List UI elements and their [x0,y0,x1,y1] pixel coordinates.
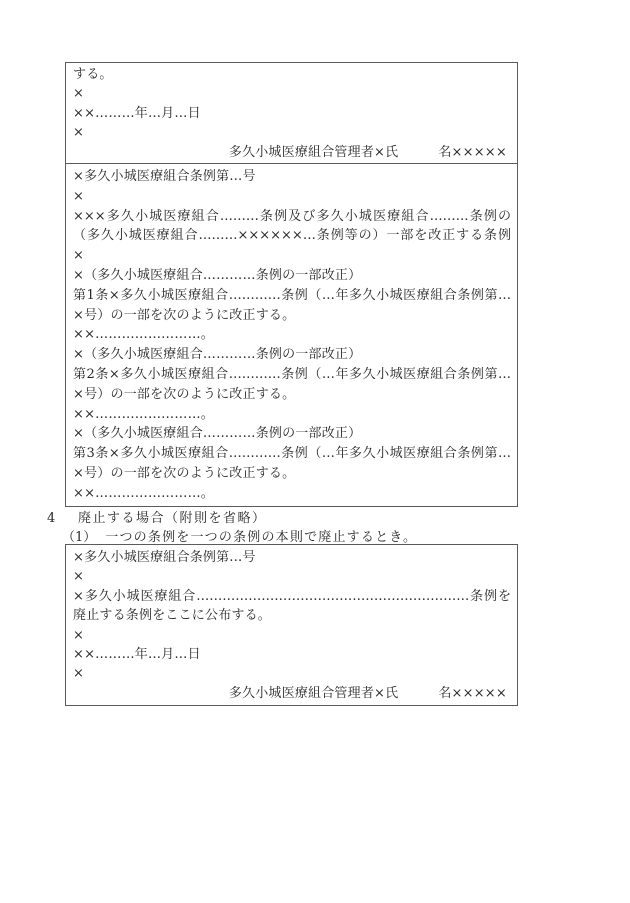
signatory-name: 名××××× [438,684,507,703]
example-box-repeal: ×多久小城医療組合条例第…号 × ×多久小城医療組合……………………………………… [65,544,518,706]
article-body-line: ××……………………。 [73,325,511,345]
repeal-title-line: ×多久小城医療組合………………………………………………………条例を [73,587,511,606]
text-line: × [73,123,511,142]
document-page: する。 × ××………年…月…日 × 多久小城医療組合管理者×氏 名××××× … [0,0,630,903]
article-body-line: ××……………………。 [73,405,511,425]
article-caption: ×（多久小城医療組合…………条例の一部改正） [73,345,511,365]
ordinance-number-line: ×多久小城医療組合条例第…号 [73,167,511,187]
article-body-line: ××……………………。 [73,484,511,504]
ordinance-number-line: ×多久小城医療組合条例第…号 [73,548,511,567]
article-body-line: 第3条×多久小城医療組合…………条例（…年多久小城医療組合条例第… [73,444,511,464]
date-line: ××………年…月…日 [73,104,511,123]
article-body-line: ×号）の一部を次のように改正する。 [73,306,511,326]
section-number: 4 [47,508,78,529]
text-line: × [73,84,511,103]
section-heading: 4 廃止する場合（附則を省略） [47,508,267,529]
promulgation-section: する。 × ××………年…月…日 × 多久小城医療組合管理者×氏 名××××× [66,63,517,164]
article-caption: ×（多久小城医療組合…………条例の一部改正） [73,424,511,444]
repeal-body-line: 廃止する条例をここに公布する。 [73,606,511,625]
article-body-line: 第1条×多久小城医療組合…………条例（…年多久小城医療組合条例第… [73,286,511,306]
repeal-section: ×多久小城医療組合条例第…号 × ×多久小城医療組合……………………………………… [66,545,517,705]
signatory-title: 多久小城医療組合管理者×氏 [229,143,399,162]
article-body-line: 第2条×多久小城医療組合…………条例（…年多久小城医療組合条例第… [73,365,511,385]
article-body-line: ×号）の一部を次のように改正する。 [73,464,511,484]
signature-line: 多久小城医療組合管理者×氏 名××××× [73,684,511,703]
ordinance-body-section: ×多久小城医療組合条例第…号 × ×××多久小城医療組合………条例及び多久小城医… [66,164,517,506]
blank-marker-line: × [73,567,511,586]
article-body-line: ×号）の一部を次のように改正する。 [73,385,511,405]
example-box-amendment: する。 × ××………年…月…日 × 多久小城医療組合管理者×氏 名××××× … [65,62,518,507]
section-title: 廃止する場合（附則を省略） [78,508,267,529]
blank-marker-line: × [73,626,511,645]
text-line: する。 [73,65,511,84]
signatory-name: 名××××× [438,143,507,162]
date-line: ××………年…月…日 [73,645,511,664]
article-caption: ×（多久小城医療組合…………条例の一部改正） [73,266,511,286]
blank-marker-line: × [73,664,511,683]
blank-marker-line: × [73,187,511,207]
blank-marker-line: × [73,246,511,266]
signatory-title: 多久小城医療組合管理者×氏 [229,684,399,703]
ordinance-title-line: ×××多久小城医療組合………条例及び多久小城医療組合………条例の [73,207,511,227]
signature-line: 多久小城医療組合管理者×氏 名××××× [73,143,511,162]
ordinance-title-line: （多久小城医療組合………××××××…条例等の）一部を改正する条例 [73,226,511,246]
